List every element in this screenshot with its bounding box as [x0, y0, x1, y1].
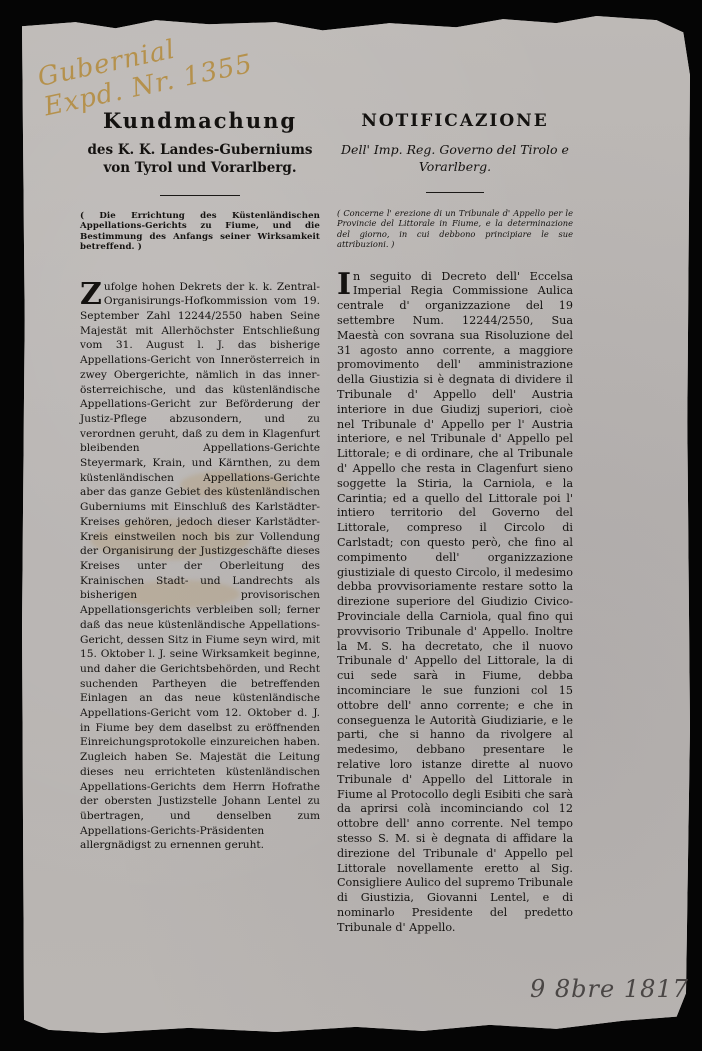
german-summary: ( Die Errichtung des Küstenländischen Ap… [80, 211, 320, 253]
manuscript-annotation-bottom: 9 8bre 1817 [530, 975, 689, 1003]
italian-dropcap: I [337, 272, 351, 298]
italian-title: NOTIFICAZIONE [337, 111, 573, 131]
italian-subtitle: Dell' Imp. Reg. Governo del Tirolo e Vor… [337, 141, 573, 175]
italian-column: NOTIFICAZIONE Dell' Imp. Reg. Governo de… [337, 108, 573, 935]
italian-body: I n seguito di Decreto dell' Eccelsa Imp… [337, 270, 573, 936]
divider-rule [160, 195, 240, 196]
german-body: Z ufolge hohen Dekrets der k. k. Zentral… [80, 280, 320, 853]
german-title: Kundmachung [80, 108, 320, 133]
italian-summary: ( Concerne l' erezione di un Tribunale d… [337, 208, 573, 250]
german-body-text: ufolge hohen Dekrets der k. k. Zentral-O… [80, 280, 320, 853]
german-column: Kundmachung des K. K. Landes-Guberniums … [80, 108, 320, 853]
italian-body-text: n seguito di Decreto dell' Eccelsa Imper… [337, 270, 573, 936]
divider-rule [426, 192, 484, 193]
german-dropcap: Z [80, 282, 102, 308]
german-subtitle: des K. K. Landes-Guberniums von Tyrol un… [80, 141, 320, 177]
